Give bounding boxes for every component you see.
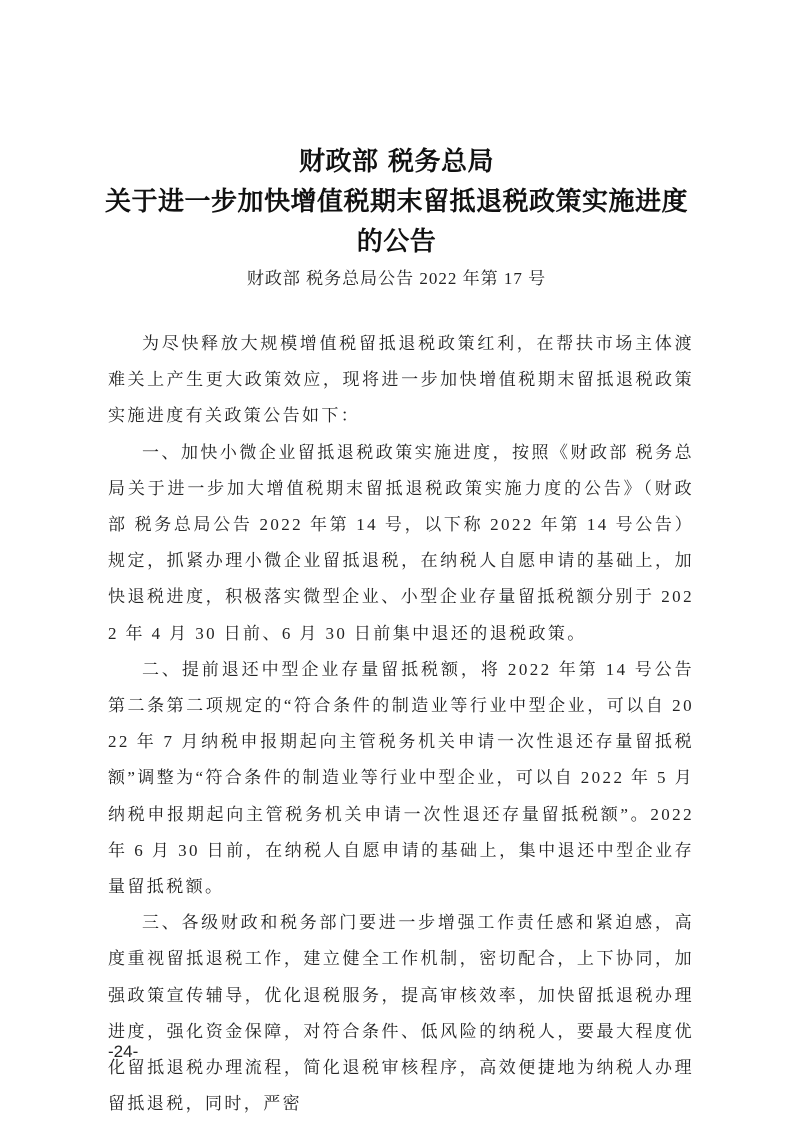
title-issuer: 财政部 税务总局 bbox=[0, 142, 793, 182]
page-number: -24- bbox=[108, 1042, 138, 1062]
document-page: 财政部 税务总局 关于进一步加快增值税期末留抵退税政策实施进度 的公告 财政部 … bbox=[0, 0, 793, 1122]
title-block: 财政部 税务总局 关于进一步加快增值税期末留抵退税政策实施进度 的公告 财政部 … bbox=[0, 142, 793, 292]
paragraph-item-1: 一、加快小微企业留抵退税政策实施进度，按照《财政部 税务总局关于进一步加大增值税… bbox=[108, 435, 694, 652]
paragraph-item-3: 三、各级财政和税务部门要进一步增强工作责任感和紧迫感，高度重视留抵退税工作，建立… bbox=[108, 905, 694, 1122]
title-main: 关于进一步加快增值税期末留抵退税政策实施进度 bbox=[0, 182, 793, 222]
paragraph-item-2: 二、提前退还中型企业存量留抵税额，将 2022 年第 14 号公告第二条第二项规… bbox=[108, 652, 694, 905]
title-suffix: 的公告 bbox=[0, 222, 793, 262]
paragraph-intro: 为尽快释放大规模增值税留抵退税政策红利，在帮扶市场主体渡难关上产生更大政策效应，… bbox=[108, 326, 694, 435]
document-number: 财政部 税务总局公告 2022 年第 17 号 bbox=[0, 266, 793, 292]
body-text: 为尽快释放大规模增值税留抵退税政策红利，在帮扶市场主体渡难关上产生更大政策效应，… bbox=[108, 326, 694, 1122]
